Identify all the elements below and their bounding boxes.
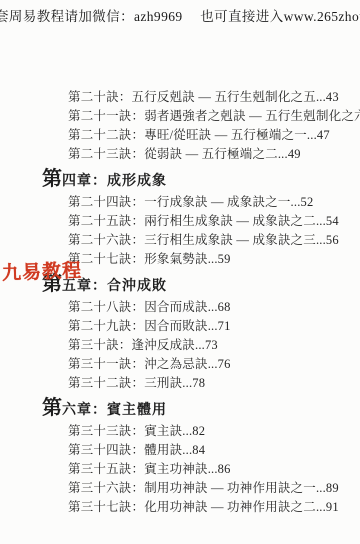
toc-entry: 第三十四訣：體用訣...84 — [0, 441, 360, 460]
toc-page: 套周易教程请加微信：azh9969 也可直接进入www.265zhouyiw 第… — [0, 0, 360, 544]
toc-entry: 第三十三訣：賓主訣...82 — [0, 422, 360, 441]
toc-entry: 第二十五訣：兩行相生成象訣 — 成象訣之二...54 — [0, 212, 360, 231]
chapter-heading-title: 五章：合沖成敗 — [62, 279, 167, 294]
chapter-heading: 第六章：賓主體用 — [0, 397, 360, 422]
toc-entry: 第三十二訣：三刑訣...78 — [0, 374, 360, 393]
chapter-heading: 第四章：成形成象 — [0, 168, 360, 193]
chapter-heading-title: 六章：賓主體用 — [62, 403, 167, 418]
toc-entry: 第二十三訣：從弱訣 — 五行極端之二...49 — [0, 145, 360, 164]
promo-header: 套周易教程请加微信：azh9969 也可直接进入www.265zhouyiw — [0, 5, 360, 25]
toc-entry: 第二十七訣：形象氣勢訣...59 — [0, 250, 360, 269]
toc-entry: 第二十八訣：因合而成訣...68 — [0, 298, 360, 317]
toc-entry: 第二十九訣：因合而敗訣...71 — [0, 317, 360, 336]
toc-entry: 第三十六訣：制用功神訣 — 功神作用訣之一...89 — [0, 479, 360, 498]
chapter-heading-title: 四章：成形成象 — [62, 174, 167, 189]
promo-header-text: 套周易教程请加微信：azh9969 也可直接进入www.265zhouyiw — [0, 9, 360, 24]
toc-entry: 第二十一訣：弱者遇強者之剋訣 — 五行生剋制化之六...45 — [0, 107, 360, 126]
toc-entry: 第三十五訣：賓主功神訣...86 — [0, 460, 360, 479]
chapter-heading-lead: 第 — [42, 397, 62, 419]
chapter-heading: 第五章：合沖成敗 — [0, 273, 360, 298]
toc-entry: 第二十四訣：一行成象訣 — 成象訣之一...52 — [0, 193, 360, 212]
toc-entry: 第三十一訣：沖之為忌訣...76 — [0, 355, 360, 374]
toc-entry: 第二十訣：五行反剋訣 — 五行生剋制化之五...43 — [0, 88, 360, 107]
chapter-heading-lead: 第 — [42, 273, 62, 295]
chapter-heading-lead: 第 — [42, 168, 62, 190]
toc-entry: 第二十六訣：三行相生成象訣 — 成象訣之三...56 — [0, 231, 360, 250]
toc-entry: 第三十七訣：化用功神訣 — 功神作用訣之二...91 — [0, 498, 360, 517]
toc-entry: 第三十訣：逢沖反成訣...73 — [0, 336, 360, 355]
table-of-contents: 第二十訣：五行反剋訣 — 五行生剋制化之五...43第二十一訣：弱者遇強者之剋訣… — [0, 88, 360, 517]
toc-entry: 第二十二訣：專旺/從旺訣 — 五行極端之一...47 — [0, 126, 360, 145]
